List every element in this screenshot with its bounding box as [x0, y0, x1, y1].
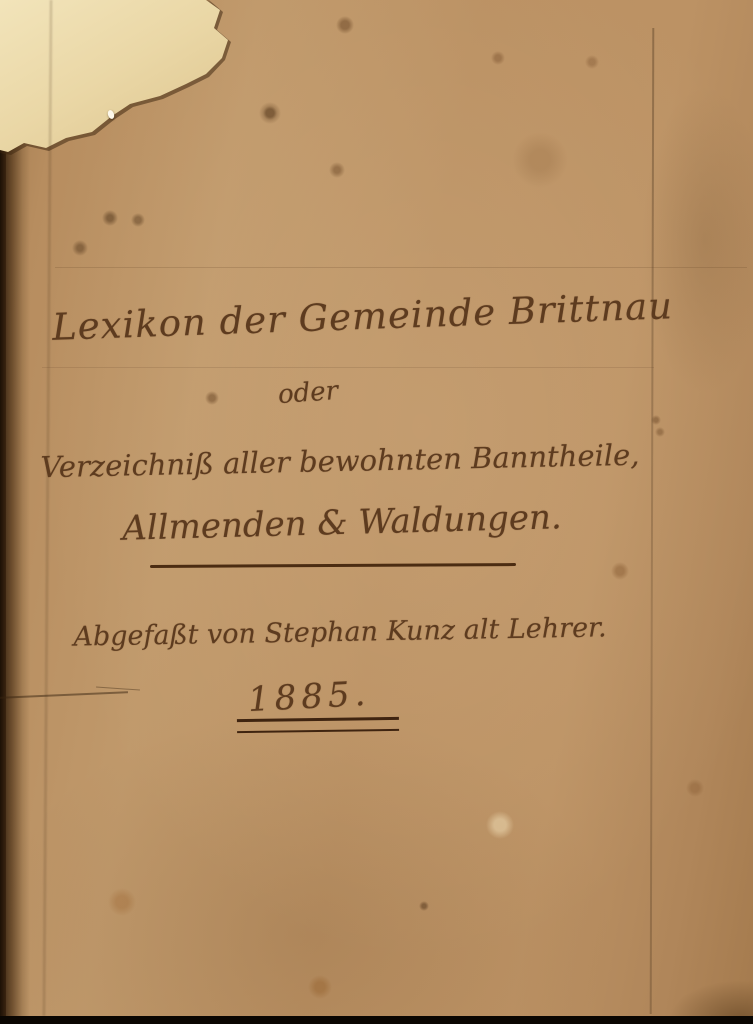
pencil-guide-line-upper	[55, 267, 747, 268]
photo-bottom-edge	[0, 1016, 753, 1024]
manuscript-year: 1885.	[247, 674, 369, 720]
bottom-right-stain	[668, 980, 753, 1020]
ink-double-underline-year	[237, 717, 399, 733]
photo-of-manuscript-cover: Lexikon der Gemeinde Brittnau oder Verze…	[0, 0, 753, 1024]
pencil-guide-line-lower	[42, 367, 654, 368]
